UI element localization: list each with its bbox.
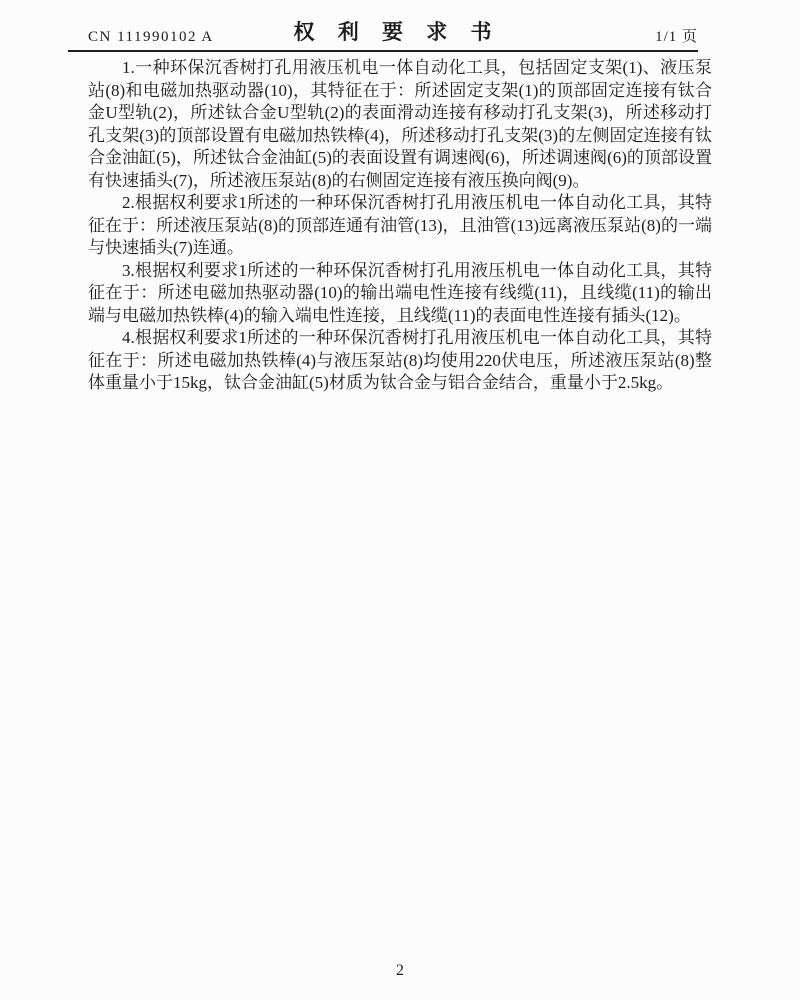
claim-paragraph-4: 4.根据权利要求1所述的一种环保沉香树打孔用液压机电一体自动化工具，其特征在于：… [88, 327, 712, 395]
claim-paragraph-3: 3.根据权利要求1所述的一种环保沉香树打孔用液压机电一体自动化工具，其特征在于：… [88, 260, 712, 328]
page-number: 2 [396, 962, 404, 979]
page-header: CN 111990102 A 权 利 要 求 书 1/1 页 [68, 16, 698, 52]
document-title: 权 利 要 求 书 [294, 16, 501, 46]
claims-body: 1.一种环保沉香树打孔用液压机电一体自动化工具，包括固定支架(1)、液压泵站(8… [88, 57, 712, 395]
publication-number: CN 111990102 A [68, 29, 290, 46]
sheet-indicator: 1/1 页 [497, 25, 699, 46]
claim-paragraph-1: 1.一种环保沉香树打孔用液压机电一体自动化工具，包括固定支架(1)、液压泵站(8… [88, 57, 712, 192]
page-footer: 2 [0, 962, 800, 980]
patent-claims-page: CN 111990102 A 权 利 要 求 书 1/1 页 1.一种环保沉香树… [0, 0, 800, 1000]
claim-paragraph-2: 2.根据权利要求1所述的一种环保沉香树打孔用液压机电一体自动化工具，其特征在于：… [88, 192, 712, 260]
